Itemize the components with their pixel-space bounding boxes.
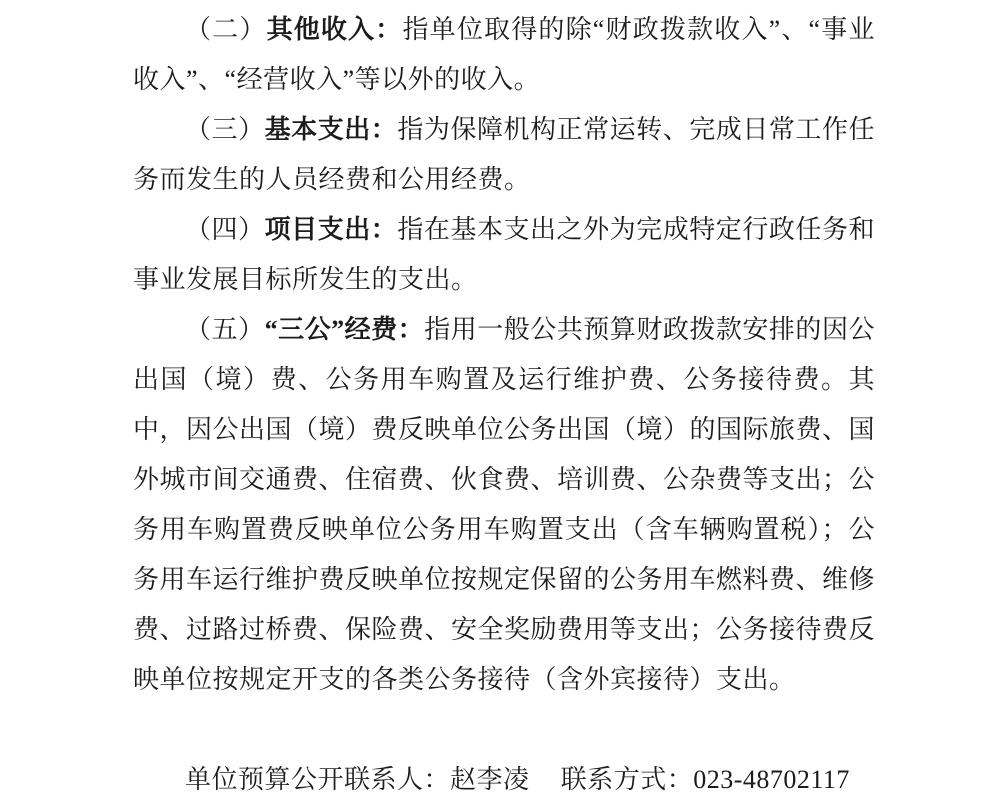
paragraph-term: 项目支出： bbox=[265, 215, 398, 244]
paragraph-term: 其他收入： bbox=[267, 15, 403, 44]
paragraph-term: “三公”经费： bbox=[265, 315, 425, 344]
paragraph-three-public-funds: （五）“三公”经费：指用一般公共预算财政拨款安排的因公出国（境）费、公务用车购置… bbox=[133, 305, 875, 705]
phone-number: 023-48702117 bbox=[693, 765, 850, 794]
paragraph-label: （五） bbox=[185, 315, 265, 344]
contact-label: 单位预算公开联系人： bbox=[185, 765, 450, 794]
paragraph-term: 基本支出： bbox=[265, 115, 398, 144]
paragraph-body: 指用一般公共预算财政拨款安排的因公出国（境）费、公务用车购置及运行维护费、公务接… bbox=[133, 315, 875, 694]
paragraph-label: （三） bbox=[185, 115, 265, 144]
contact-line: 单位预算公开联系人：赵李凌联系方式：023-48702117 bbox=[133, 755, 875, 801]
document-content: （二）其他收入：指单位取得的除“财政拨款收入”、“事业收入”、“经营收入”等以外… bbox=[133, 5, 875, 801]
paragraph-basic-expenditure: （三）基本支出：指为保障机构正常运转、完成日常工作任务而发生的人员经费和公用经费… bbox=[133, 105, 875, 205]
document-page: （二）其他收入：指单位取得的除“财政拨款收入”、“事业收入”、“经营收入”等以外… bbox=[0, 0, 1000, 801]
paragraph-label: （四） bbox=[185, 215, 265, 244]
paragraph-project-expenditure: （四）项目支出：指在基本支出之外为完成特定行政任务和事业发展目标所发生的支出。 bbox=[133, 205, 875, 305]
paragraph-other-income: （二）其他收入：指单位取得的除“财政拨款收入”、“事业收入”、“经营收入”等以外… bbox=[133, 5, 875, 105]
contact-name: 赵李凌 bbox=[450, 765, 530, 794]
paragraph-label: （二） bbox=[185, 15, 267, 44]
phone-label: 联系方式： bbox=[561, 765, 694, 794]
